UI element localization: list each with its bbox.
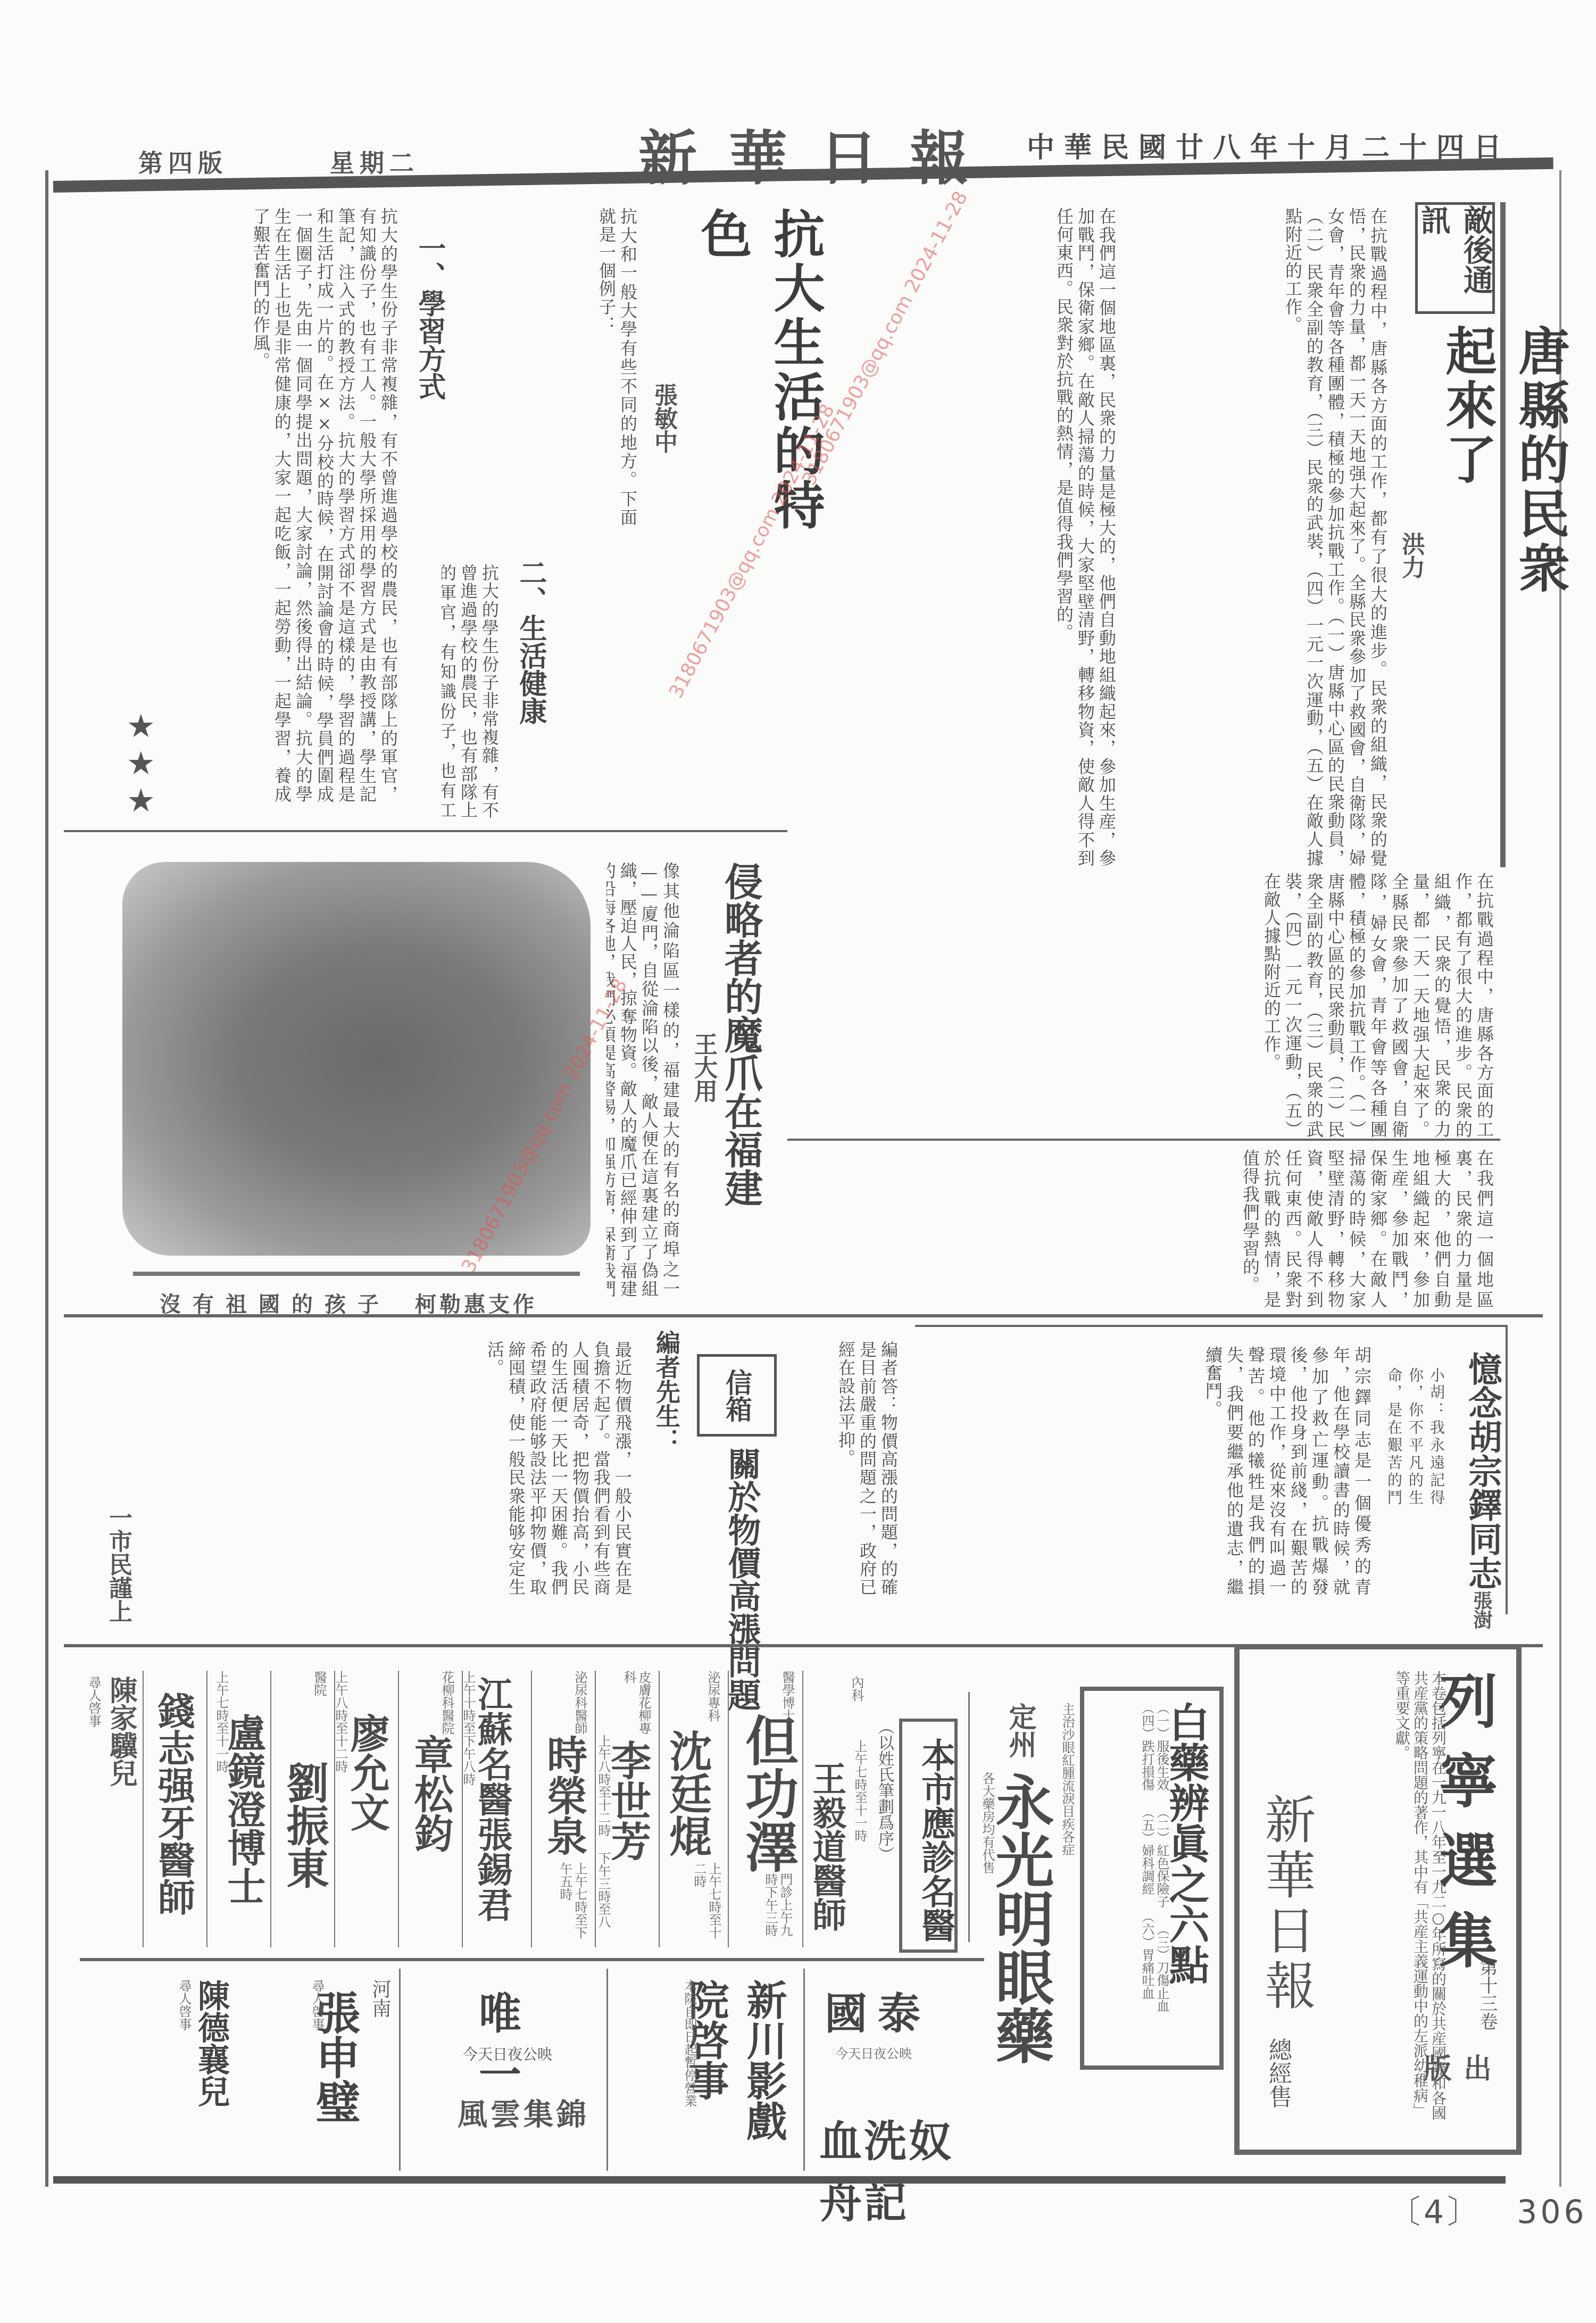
doctor-ad: 時榮泉 泌尿科醫師 上午七時至下午五時 [531, 1671, 591, 1947]
page-bottom-rule [53, 2176, 1506, 2184]
ads-bottom-rule [80, 1958, 984, 1961]
section-heading-study: 一、學習方式 [410, 234, 450, 400]
picture-caption-artist: 柯勒惠支作 [415, 1288, 537, 1318]
ad-weiyi-title: 唯一 [479, 1979, 606, 2102]
ad-chen: 陳德襄兒 尋人啓事 [90, 1969, 239, 2171]
ad-baiyao-box: 白藥辨眞之六點 （一）服後生效 （二）紅色保險子 （三）刀傷止血 （四）跌打損傷… [1080, 1687, 1224, 2070]
page-number: 〔4〕 306 [1389, 2187, 1587, 2233]
headline-kangda: 抗大生活的特色 [686, 208, 832, 537]
doctor-ad: 王毅道醫師 內科 上午七時至十一時 [802, 1671, 867, 1947]
section-divider-2 [787, 1139, 1500, 1141]
ad-lenin-volume: 第十三卷 [1474, 1958, 1500, 2030]
column-rule [1500, 202, 1506, 867]
page-bracket: 〔4〕 [1389, 2194, 1482, 2231]
byline-fujian: 王大用 [686, 1032, 720, 1102]
ad-doctors-header-box: 本市應診名醫 [899, 1719, 958, 1953]
ad-lenin-distributor-note: 總經售 [1261, 2038, 1295, 2108]
article-body-tangxian-cont: 在抗戰過程中，唐縣各方面的工作，都有了很大的進步。民衆的組織，民衆的覺悟，民衆的… [777, 873, 1495, 1139]
article-body-kangda-2: 抗大的學生份子非常複雜，有不曾進過學校的農民，也有部隊上的軍官，有知識份子，也有… [442, 564, 500, 819]
mailbox-reply: 編者答：物價高漲的問題，的確是目前嚴重的問題之一，政府已經在設法平抑。 [809, 1341, 899, 1596]
memorial-body: 胡宗鐸同志是一個優秀的青年，他在學校讀書的時候，就參加了救亡運動。抗戰爆發後，他… [926, 1346, 1373, 1596]
headline-memorial: 憶念胡宗鐸同志 [1458, 1351, 1507, 1590]
weekday-label: 星期二 [330, 144, 419, 179]
woodcut-illustration [122, 862, 591, 1256]
byline-tangxian: 洪力 [1394, 532, 1428, 579]
section-divider [64, 830, 787, 832]
doctor-ad: 錢志强牙醫師 [143, 1671, 202, 1947]
doctor-ad: 沈廷焜 泌尿專科 上午七時至十二時 [659, 1671, 724, 1947]
ad-cathay-note: 今天日夜公映 [835, 2043, 912, 2062]
mailbox-label: 信箱 [718, 1369, 756, 1422]
ad-eye-title: 永光明眼藥 [990, 1772, 1051, 2064]
ad-cathay: 國泰 今天日夜公映 血洗奴舟記 [814, 1969, 990, 2171]
ad-xinchuan-note: 本院自即日起暫停營業 [617, 1979, 697, 2160]
mailbox-signer: 一市民謹上 [101, 1506, 135, 1623]
ad-xinchuan: 新川影戲院啓事 本院自即日起暫停營業 [612, 1969, 805, 2171]
ad-eye-desc: 主治沙眼紅腫流淚目疾各症 [1053, 1703, 1075, 2022]
page-number-value: 306 [1517, 2194, 1587, 2231]
byline-memorial: 張澍 [1468, 1591, 1495, 1629]
ad-weiyi-note: 風雲集錦 [458, 2091, 589, 2134]
picture-caption-title: 沒有祖國的孩子 [160, 1288, 390, 1318]
doctor-ad: 廖允文 上午八時至十二時 [334, 1671, 394, 1947]
doctor-ad: 但功澤 醫學博士 門診上午九時下午三時 [728, 1671, 798, 1947]
ad-weiyi-venue: 今天日夜公映 [463, 2043, 552, 2064]
mailbox-badge: 信箱 [697, 1354, 777, 1437]
mailbox-salutation: 編者先生： [649, 1330, 684, 1453]
article-body-middle: 在我們這一個地區裏，民衆的力量是極大的，他們自動地組織起來，參加生産，參加戰鬥，… [787, 208, 1117, 867]
article-body-fujian: 像其他淪陷區一樣的，福建最大的有名的商埠之一——廈門，自從淪陷以後，敵人便在這裏… [606, 862, 681, 1298]
ad-doctors-note: （以姓氏筆劃爲序） [872, 1719, 896, 1862]
mailbox-body: 最近物價飛漲，一般小民實在是負擔不起了。當我們看到有些商人囤積居奇，把物價抬高，… [154, 1341, 633, 1596]
doctor-ad: 李世芳 皮膚花柳專科 上午八時至十二時 下午三時至八時 [595, 1671, 654, 1947]
memorial-intro: 小胡：我永遠記得你，你不平凡的生命，是在艱苦的鬥爭中成長起來的，你為了民族解放事… [1383, 1367, 1447, 1506]
ad-baiyao-body: （一）服後生效 （二）紅色保險子 （三）刀傷止血 （四）跌打損傷 （五）婦科調經… [1090, 1702, 1169, 2053]
section-stars: ★★★ [122, 708, 160, 819]
doctor-ad: 盧鏡澄博士 上午七時至十一時 [206, 1671, 266, 1947]
byline-kangda: 張敏中 [646, 383, 680, 453]
article-body-middle-cont: 在我們這一個地區裏，民衆的力量是極大的，他們自動地組織起來，參加生産，參加戰鬥，… [777, 1149, 1495, 1309]
section-heading-life: 二、生活健康 [511, 559, 551, 725]
kangda-intro: 抗大和一般大學有些不同的地方。下面就是一個例子： [575, 208, 638, 527]
ad-weiyi: 唯一 今天日夜公映 風雲集錦 [404, 1969, 608, 2171]
headline-fujian: 侵略者的魔爪在福建 [713, 862, 768, 1207]
ad-eye-origin: 定州 [1000, 1703, 1040, 1758]
ad-eye-address: 各大藥房均有代售 [974, 1772, 995, 1931]
ad-chen-name: 陳德襄兒 [188, 1979, 234, 2107]
doctor-ad: 陳家驥兒 尋人啓事 [80, 1671, 138, 1947]
ad-lenin-body: 本卷包括列寧在一九一八年至一九二○年所寫的關於共産國際和各國共産黨的策略問題的著… [1309, 1671, 1447, 2128]
doctor-ads-row: 王毅道醫師 內科 上午七時至十一時 但功澤 醫學博士 門診上午九時下午三時 沈廷… [80, 1671, 867, 1947]
section-divider-3 [64, 1314, 1543, 1317]
ad-cathay-venue: 國泰 [825, 1979, 931, 2040]
ad-lenin-distributor: 新華日報 [1250, 1793, 1323, 2014]
column-box-dihou: 敵後通訊 [1415, 202, 1495, 314]
ad-doctors-title: 本市應診名醫 [911, 1738, 960, 1942]
masthead-title: 新華日報 [638, 112, 1000, 196]
ad-divider [968, 1692, 970, 1942]
doctor-ad: 劉振東 醫院 [270, 1671, 330, 1947]
ad-lenin-box: 列寧選集 第十三卷 出版 本卷包括列寧在一九一八年至一九二○年所寫的關於共産國際… [1234, 1644, 1522, 2155]
ad-zhang: 河南 張申璧 尋人啓事 [245, 1969, 401, 2171]
doctor-ad: 章松鈞 花柳科醫院 [398, 1671, 458, 1947]
picture-base-rule [133, 1272, 580, 1276]
article-body-tangxian: 在抗戰過程中，唐縣各方面的工作，都有了很大的進步。民衆的組織，民衆的覺悟，民衆的… [1128, 208, 1389, 867]
page-label: 第四版 [138, 144, 228, 179]
ad-cathay-film: 血洗奴舟記 [819, 2107, 990, 2229]
doctor-ad: 江蘇名醫張錫君 上午十時至下午八時 [462, 1671, 527, 1947]
